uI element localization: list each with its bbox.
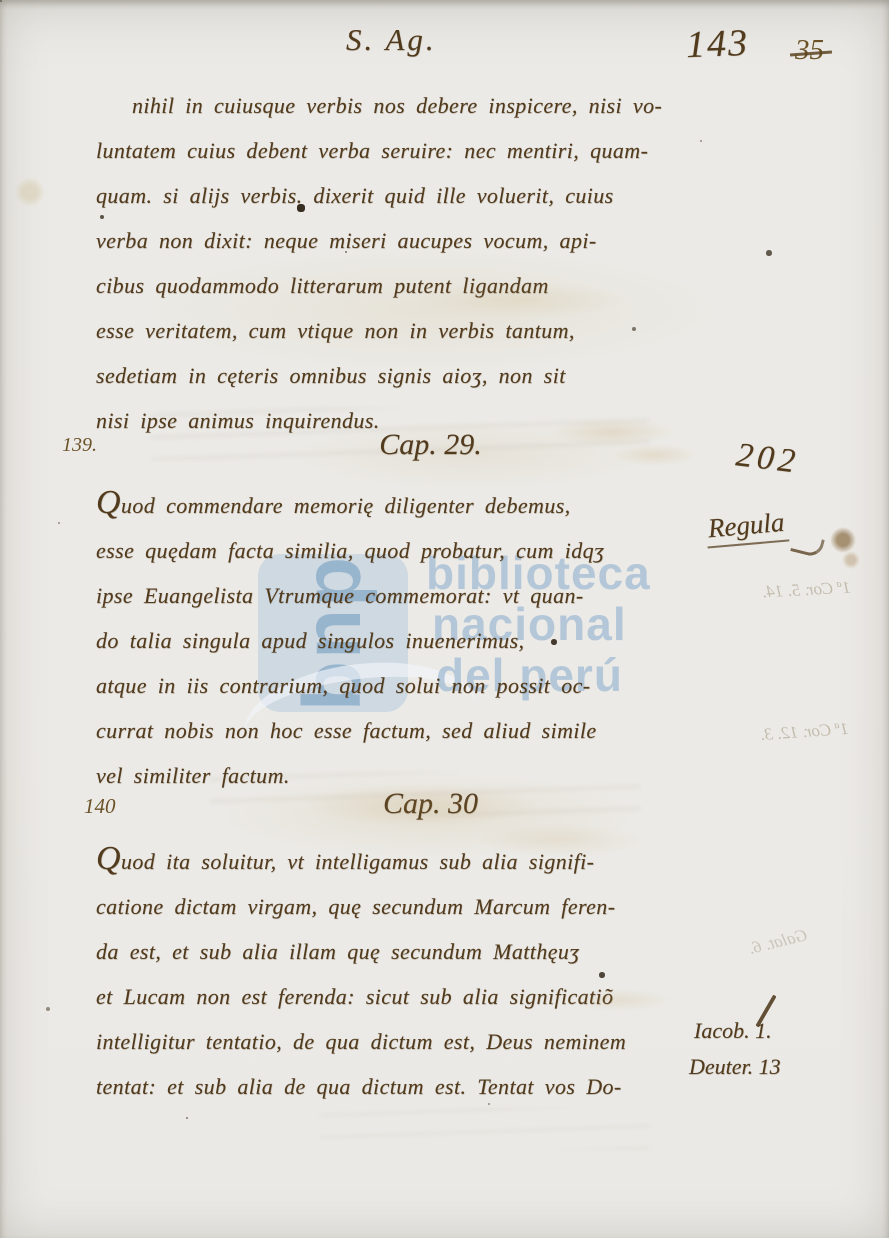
manuscript-line: atque in iis contrarium, quod solui non … bbox=[96, 663, 716, 708]
manuscript-line: catione dictam virgam, quę secundum Marc… bbox=[96, 884, 716, 929]
manuscript-line: Quod commendare memorię diligenter debem… bbox=[96, 480, 716, 528]
margin-ref-iacob: Iacob. 1. bbox=[694, 1018, 772, 1044]
manuscript-line: luntatem cuius debent verba seruire: nec… bbox=[96, 128, 716, 173]
bleedthrough-ref: 1ª Cor. 12. 3. bbox=[759, 719, 849, 745]
bleedthrough-ref: Galat. 6. bbox=[746, 925, 809, 959]
manuscript-line: do talia singula apud singulos inuenerim… bbox=[96, 618, 716, 663]
margin-note-202: 202 bbox=[734, 436, 801, 481]
regula-flourish bbox=[790, 533, 825, 559]
chapter-30-text: Quod ita soluitur, vt intelligamus sub a… bbox=[96, 836, 716, 1109]
chapter-30-heading: Cap. 30 bbox=[0, 787, 875, 821]
manuscript-line: cibus quodammodo litterarum putent ligan… bbox=[96, 263, 716, 308]
manuscript-line: currat nobis non hoc esse factum, sed al… bbox=[96, 708, 716, 753]
manuscript-line: nihil in cuiusque verbis nos debere insp… bbox=[96, 83, 716, 128]
bleedthrough-streak bbox=[320, 1108, 650, 1150]
manuscript-line: et Lucam non est ferenda: sicut sub alia… bbox=[96, 974, 716, 1019]
manuscript-line: tentat: et sub alia de qua dictum est. T… bbox=[96, 1064, 716, 1109]
manuscript-line: intelligitur tentatio, de qua dictum est… bbox=[96, 1019, 716, 1064]
manuscript-line: esse quędam facta similia, quod probatur… bbox=[96, 528, 716, 573]
paragraph-1: nihil in cuiusque verbis nos debere insp… bbox=[96, 83, 716, 443]
margin-note-regula: Regula bbox=[705, 506, 790, 548]
margin-ref-deuter: Deuter. 13 bbox=[689, 1054, 781, 1080]
old-folio-number-struck: 35 bbox=[795, 34, 824, 67]
manuscript-line: quam. si alijs verbis. dixerit quid ille… bbox=[96, 173, 716, 218]
chapter-29-text: Quod commendare memorię diligenter debem… bbox=[96, 480, 716, 798]
page-header-title: S. Ag. bbox=[346, 22, 437, 58]
manuscript-line: esse veritatem, cum vtique non in verbis… bbox=[96, 308, 716, 353]
manuscript-page: bnp biblioteca nacional del perú S. Ag. … bbox=[0, 0, 889, 1238]
folio-number: 143 bbox=[685, 21, 749, 67]
manuscript-line: verba non dixit: neque miseri aucupes vo… bbox=[96, 218, 716, 263]
bleedthrough-ref: 1ª Cor. 5. 14. bbox=[762, 578, 852, 603]
ink-specks bbox=[0, 0, 2, 2]
manuscript-line: sedetiam in cęteris omnibus signis aioʒ,… bbox=[96, 353, 716, 398]
manuscript-line: ipse Euangelista Vtrumque commemorat: vt… bbox=[96, 573, 716, 618]
manuscript-line: da est, et sub alia illam quę secundum M… bbox=[96, 929, 716, 974]
manuscript-line: Quod ita soluitur, vt intelligamus sub a… bbox=[96, 836, 716, 884]
